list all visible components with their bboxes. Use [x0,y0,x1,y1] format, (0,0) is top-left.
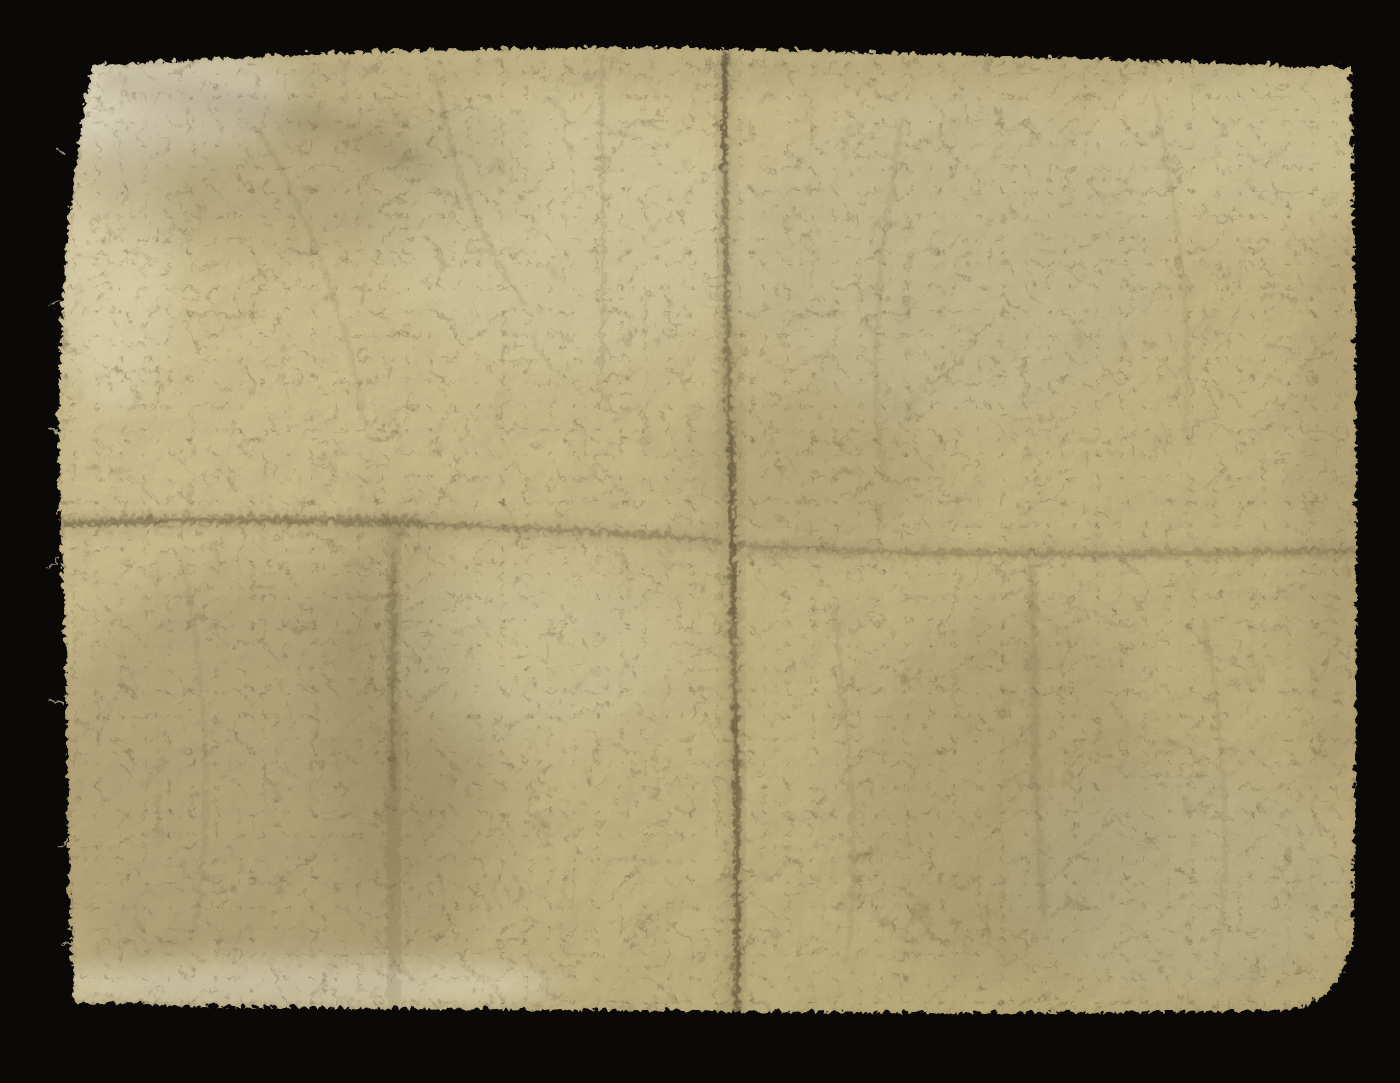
coarse-crease-network [40,30,1370,1025]
smudge-column-core [389,560,392,790]
vertical-fold-segment-top [720,48,722,170]
paper-sheet-group [10,30,1400,1035]
paper-scan-image [0,0,1400,1083]
paper-texture-overlays [10,30,1400,1035]
scan-stage [0,0,1400,1083]
vertical-fold-segment-bottom [733,700,736,1010]
vertical-fold-segment-middle [728,430,731,620]
horizontal-fold-dark-segment-left [58,516,420,520]
